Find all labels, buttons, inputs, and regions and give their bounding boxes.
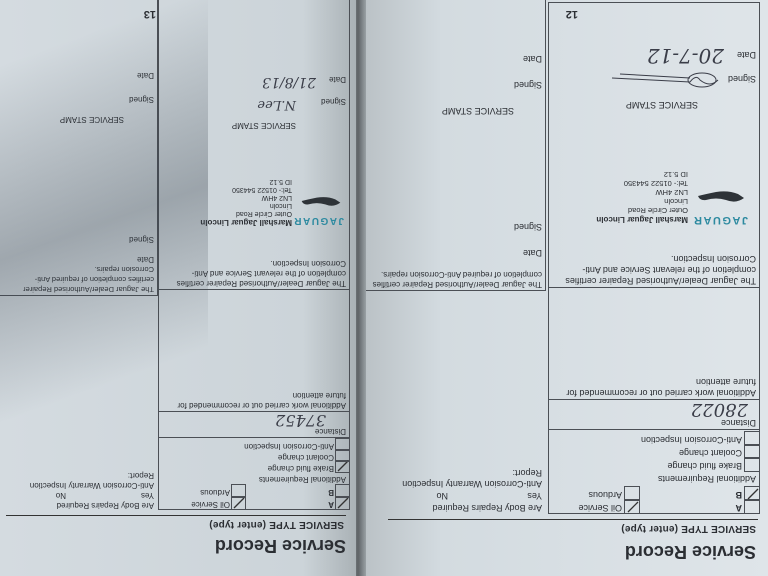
repairs-box: [364, 0, 546, 291]
dealer-stamp: Marshall Jaguar Lincoln Outer Circle Roa…: [596, 170, 688, 224]
repairs-box: [0, 0, 158, 296]
jaguar-logo-text: JAGUAR: [693, 214, 748, 226]
distance-value: 28022: [691, 399, 748, 420]
dealer-stamp: Marshall Jaguar Lincoln Outer Circle Roa…: [200, 177, 292, 226]
checkbox-arduous[interactable]: [231, 484, 246, 498]
certification-text: The Jaguar Dealer/Authorised Repairer ce…: [556, 253, 756, 286]
checkbox-anti-corrosion[interactable]: [744, 431, 760, 446]
arduous-label: Arduous: [588, 489, 622, 500]
page-title: Service Record: [625, 541, 756, 562]
body-repairs-no: No: [56, 490, 66, 500]
arduous-label: Arduous: [200, 487, 230, 497]
checkbox-b[interactable]: [335, 484, 350, 498]
oil-service-label: Oil Service: [191, 499, 230, 509]
signed-label: Signed: [321, 96, 346, 106]
repairs-certification-text: The Jaguar Dealer/Authorised Repairer ce…: [4, 264, 154, 294]
coolant-label: Coolant change: [278, 452, 334, 462]
repairs-signed-label: Signed: [129, 234, 154, 244]
checkmark-icon: [747, 488, 759, 500]
service-type-heading: SERVICE TYPE (enter type): [209, 519, 344, 530]
body-repairs-yes: Yes: [141, 490, 154, 500]
page-title: Service Record: [215, 535, 346, 556]
repairs-stamp-signed-label: Signed: [129, 94, 154, 104]
brake-fluid-label: Brake fluid change: [667, 460, 742, 471]
body-repairs-no: No: [436, 490, 448, 501]
checkbox-a[interactable]: [744, 499, 760, 514]
service-stamp-label: SERVICE STAMP: [232, 120, 296, 130]
type-a-label: A: [328, 499, 334, 509]
body-repairs-label: Are Body Repairs Required: [432, 502, 542, 513]
anti-corrosion-label: Anti-Corrosion Inspection: [244, 441, 334, 451]
type-b-label: B: [736, 489, 743, 500]
repairs-service-stamp-label: SERVICE STAMP: [60, 114, 124, 124]
page-number: 12: [566, 8, 578, 20]
jaguar-logo-text: JAGUAR: [293, 215, 344, 226]
anti-corrosion-label: Anti-Corrosion Inspection: [641, 434, 742, 445]
jaguar-leaper-logo: [696, 181, 746, 206]
certification-text: The Jaguar Dealer/Authorised Repairer ce…: [166, 258, 346, 288]
checkbox-oil-service[interactable]: [231, 496, 246, 510]
repairs-service-stamp-label: SERVICE STAMP: [442, 105, 514, 116]
distance-value: 37452: [275, 411, 326, 430]
additional-work-label: Additional work carried out or recommend…: [556, 376, 756, 398]
checkbox-a[interactable]: [335, 496, 350, 510]
repairs-stamp-date-label: Date: [137, 70, 154, 80]
photo-scene: Service Record SERVICE TYPE (enter type)…: [0, 0, 768, 576]
brake-fluid-label: Brake fluid change: [268, 463, 334, 473]
additional-requirements-heading: Additional Requirements: [658, 473, 756, 484]
body-repairs-yes: Yes: [527, 490, 542, 501]
checkbox-b[interactable]: [744, 486, 760, 501]
checkmark-icon: [233, 497, 245, 509]
checkmark-icon: [627, 501, 639, 513]
date-value: 21/8/13: [262, 74, 316, 90]
checkbox-oil-service[interactable]: [624, 499, 640, 514]
oil-service-label: Oil Service: [578, 502, 622, 513]
checkmark-icon: [337, 497, 349, 509]
checkbox-coolant[interactable]: [744, 444, 760, 459]
repairs-stamp-signed-label: Signed: [514, 79, 542, 90]
checkbox-brake-fluid[interactable]: [744, 457, 760, 472]
checkbox-arduous[interactable]: [624, 486, 640, 501]
repairs-signed-label: Signed: [514, 221, 542, 232]
signature-scribble: [610, 70, 720, 90]
additional-work-label: Additional work carried out or recommend…: [166, 390, 346, 410]
repairs-stamp-date-label: Date: [523, 53, 542, 64]
page-number: 13: [144, 8, 156, 20]
page-12: Service Record SERVICE TYPE (enter type)…: [360, 0, 768, 576]
service-type-heading: SERVICE TYPE (enter type): [621, 523, 756, 534]
repairs-date-label: Date: [523, 247, 542, 258]
signed-label: Signed: [728, 73, 756, 84]
checkbox-anti-corrosion[interactable]: [335, 438, 350, 451]
additional-requirements-heading: Additional Requirements: [259, 474, 346, 484]
date-label: Date: [737, 49, 756, 60]
body-repairs-label: Are Body Repairs Required: [57, 500, 154, 510]
coolant-label: Coolant change: [679, 447, 742, 458]
service-stamp-label: SERVICE STAMP: [626, 99, 698, 110]
repairs-certification-text: The Jaguar Dealer/Authorised Repairer ce…: [372, 269, 542, 289]
date-label: Date: [329, 74, 346, 84]
warranty-label: Anti-Corrosion Warranty Inspection Repor…: [392, 467, 542, 489]
warranty-label: Anti-Corrosion Warranty Inspection Repor…: [14, 470, 154, 490]
type-a-label: A: [736, 502, 743, 513]
page-13: Service Record SERVICE TYPE (enter type)…: [0, 0, 356, 576]
jaguar-leaper-logo: [300, 187, 342, 210]
type-b-label: B: [328, 487, 334, 497]
repairs-date-label: Date: [137, 254, 154, 264]
signature: N.Lee: [257, 97, 296, 112]
date-value: 20-7-12: [647, 44, 724, 68]
